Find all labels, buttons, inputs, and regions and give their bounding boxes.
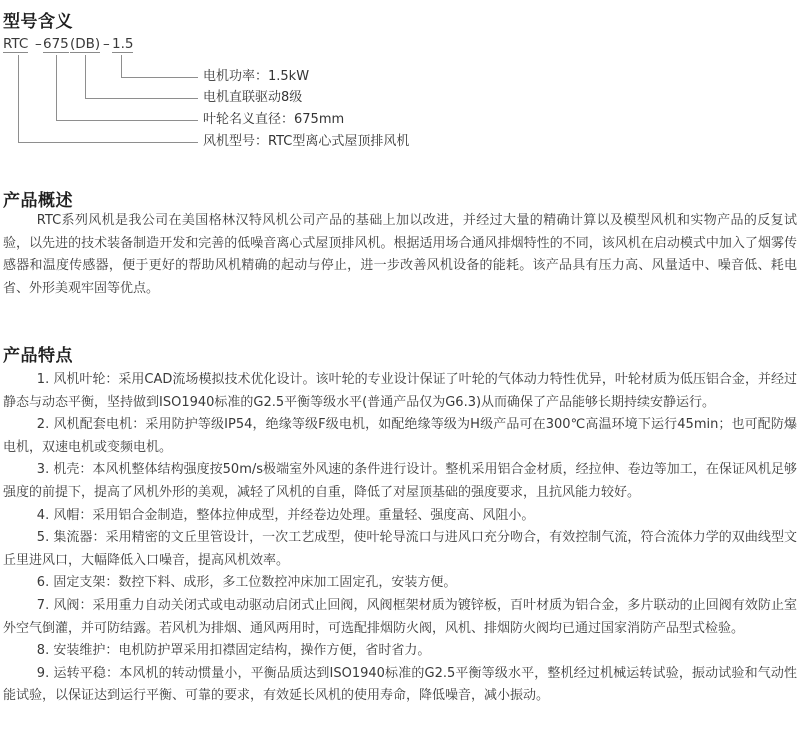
connector-line-diameter	[56, 55, 57, 121]
connector-line-diameter	[56, 120, 198, 121]
feature-item-impeller: 1. 风机叶轮：采用CAD流场模拟技术优化设计。该叶轮的专业设计保证了叶轮的气体…	[3, 369, 797, 414]
code-separator: –	[103, 36, 110, 52]
code-segment-drive: (DB)	[70, 36, 100, 53]
overview-title: 产品概述	[3, 190, 73, 212]
feature-item-motor: 2. 风机配套电机：采用防护等级IP54，绝缘等级F级电机，如配绝缘等级为H级产…	[3, 414, 797, 459]
feature-item-damper: 7. 风阀：采用重力自动关闭式或电动驱动启闭式止回阀，风阀框架材质为镀锌板，百叶…	[3, 595, 797, 640]
code-separator: –	[35, 36, 42, 52]
feature-item-maintenance: 8. 安装维护：电机防护罩采用扣襟固定结构，操作方便，省时省力。	[3, 640, 797, 663]
legend-drive-type: 电机直联驱动8级	[203, 89, 302, 107]
code-segment-diameter: 675	[43, 36, 69, 53]
connector-line-drive	[85, 98, 198, 99]
overview-body: RTC系列风机是我公司在美国格林汉特风机公司产品的基础上加以改进，并经过大量的精…	[3, 210, 797, 300]
features-list: 1. 风机叶轮：采用CAD流场模拟技术优化设计。该叶轮的专业设计保证了叶轮的气体…	[3, 369, 797, 708]
connector-line-series	[18, 142, 198, 143]
legend-motor-power: 电机功率：1.5kW	[203, 68, 309, 86]
legend-fan-model: 风机型号：RTC型离心式屋顶排风机	[203, 133, 409, 151]
model-meaning-title: 型号含义	[3, 11, 73, 33]
code-segment-power: 1.5	[112, 36, 133, 53]
code-segment-series: RTC	[3, 36, 28, 53]
overview-paragraph: RTC系列风机是我公司在美国格林汉特风机公司产品的基础上加以改进，并经过大量的精…	[3, 210, 797, 300]
feature-item-hood: 4. 风帽：采用铝合金制造，整体拉伸成型，并经卷边处理。重量轻、强度高、风阻小。	[3, 505, 797, 528]
feature-item-inlet: 5. 集流器：采用精密的文丘里管设计，一次工艺成型，使叶轮导流口与进风口充分吻合…	[3, 527, 797, 572]
connector-line-power	[121, 55, 122, 78]
feature-item-stability: 9. 运转平稳：本风机的转动惯量小，平衡品质达到ISO1940标准的G2.5平衡…	[3, 663, 797, 708]
legend-impeller-diameter: 叶轮名义直径：675mm	[203, 111, 344, 129]
features-title: 产品特点	[3, 345, 73, 367]
connector-line-drive	[85, 55, 86, 99]
feature-item-bracket: 6. 固定支架：数控下料、成形，多工位数控冲床加工固定孔，安装方便。	[3, 572, 797, 595]
feature-item-housing: 3. 机壳：本风机整体结构强度按50m/s极端室外风速的条件进行设计。整机采用铝…	[3, 459, 797, 504]
connector-line-series	[18, 55, 19, 143]
connector-line-power	[121, 77, 198, 78]
